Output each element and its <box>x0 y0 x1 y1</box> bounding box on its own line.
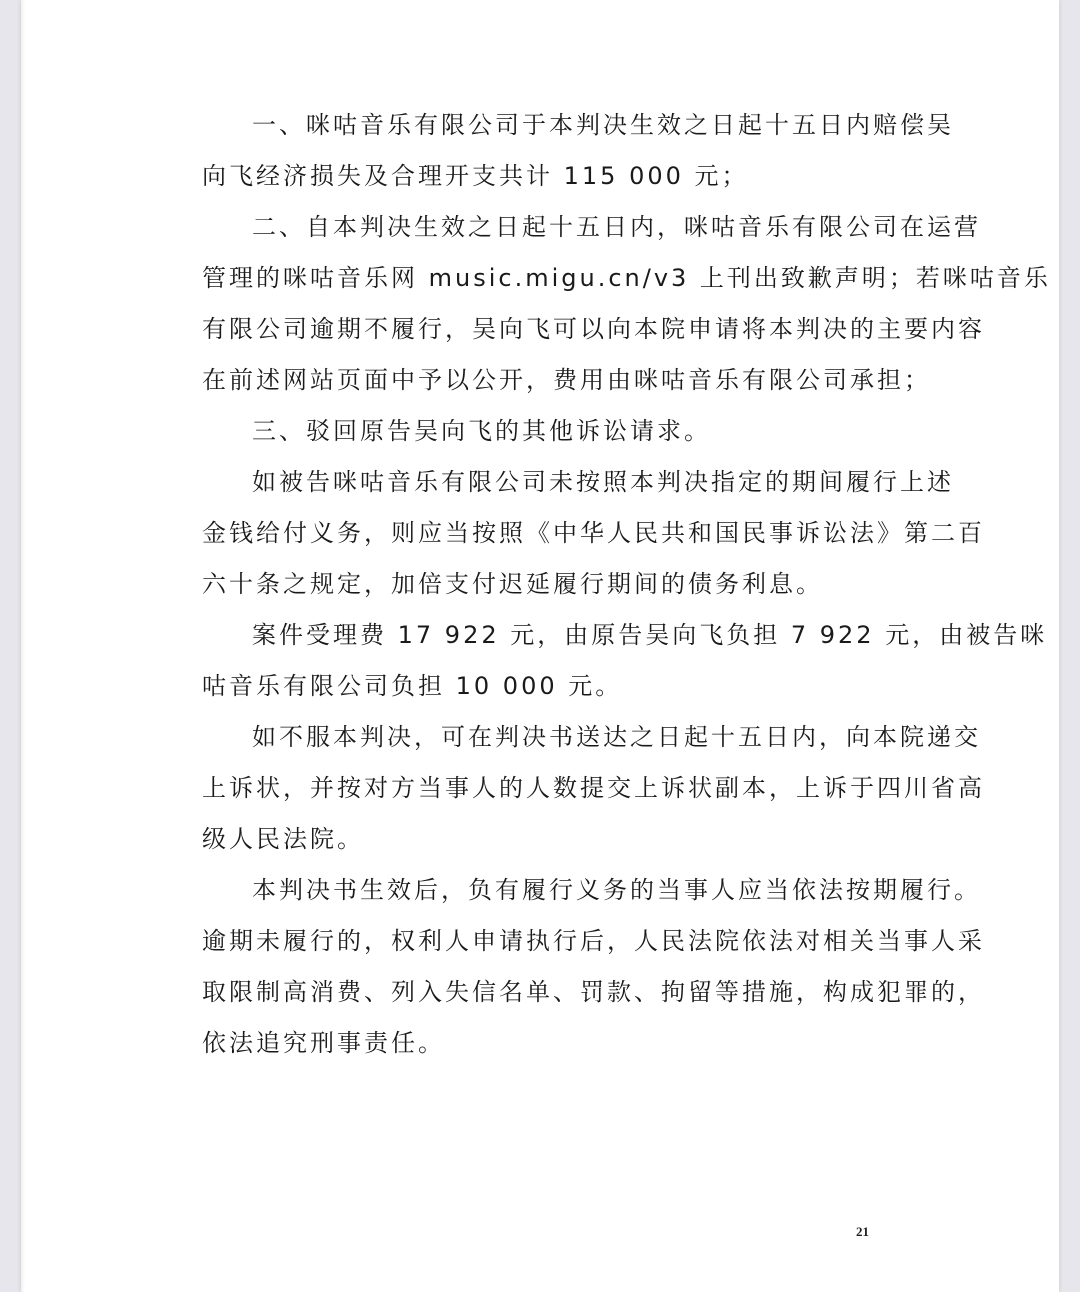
text-line: 金钱给付义务，则应当按照《中华人民共和国民事诉讼法》第二百 <box>202 508 862 559</box>
text-line: 二、自本判决生效之日起十五日内，咪咕音乐有限公司在运营 <box>202 202 862 253</box>
text-line: 逾期未履行的，权利人申请执行后，人民法院依法对相关当事人采 <box>202 916 862 967</box>
paragraph-court-fees: 案件受理费 17 922 元，由原告吴向飞负担 7 922 元，由被告咪 咕音乐… <box>202 610 862 712</box>
text-line: 六十条之规定，加倍支付迟延履行期间的债务利息。 <box>202 559 862 610</box>
text-line: 一、咪咕音乐有限公司于本判决生效之日起十五日内赔偿吴 <box>202 100 862 151</box>
text-line: 向飞经济损失及合理开支共计 115 000 元； <box>202 151 862 202</box>
text-line: 取限制高消费、列入失信名单、罚款、拘留等措施，构成犯罪的， <box>202 967 862 1018</box>
text-line: 上诉状，并按对方当事人的人数提交上诉状副本，上诉于四川省高 <box>202 763 862 814</box>
text-line: 案件受理费 17 922 元，由原告吴向飞负担 7 922 元，由被告咪 <box>202 610 862 661</box>
document-body: 一、咪咕音乐有限公司于本判决生效之日起十五日内赔偿吴 向飞经济损失及合理开支共计… <box>202 100 862 1069</box>
text-line: 如被告咪咕音乐有限公司未按照本判决指定的期间履行上述 <box>202 457 862 508</box>
paragraph-item-2: 二、自本判决生效之日起十五日内，咪咕音乐有限公司在运营 管理的咪咕音乐网 mus… <box>202 202 862 406</box>
page-number: 21 <box>856 1224 869 1240</box>
text-line: 有限公司逾期不履行，吴向飞可以向本院申请将本判决的主要内容 <box>202 304 862 355</box>
text-line: 如不服本判决，可在判决书送达之日起十五日内，向本院递交 <box>202 712 862 763</box>
paragraph-delay-interest: 如被告咪咕音乐有限公司未按照本判决指定的期间履行上述 金钱给付义务，则应当按照《… <box>202 457 862 610</box>
paragraph-enforcement: 本判决书生效后，负有履行义务的当事人应当依法按期履行。 逾期未履行的，权利人申请… <box>202 865 862 1069</box>
paragraph-appeal: 如不服本判决，可在判决书送达之日起十五日内，向本院递交 上诉状，并按对方当事人的… <box>202 712 862 865</box>
text-line: 咕音乐有限公司负担 10 000 元。 <box>202 661 862 712</box>
document-page: 一、咪咕音乐有限公司于本判决生效之日起十五日内赔偿吴 向飞经济损失及合理开支共计… <box>21 0 1059 1292</box>
text-line: 依法追究刑事责任。 <box>202 1018 862 1069</box>
text-line: 在前述网站页面中予以公开，费用由咪咕音乐有限公司承担； <box>202 355 862 406</box>
text-line: 级人民法院。 <box>202 814 862 865</box>
paragraph-item-1: 一、咪咕音乐有限公司于本判决生效之日起十五日内赔偿吴 向飞经济损失及合理开支共计… <box>202 100 862 202</box>
text-line: 本判决书生效后，负有履行义务的当事人应当依法按期履行。 <box>202 865 862 916</box>
text-line: 三、驳回原告吴向飞的其他诉讼请求。 <box>202 406 862 457</box>
paragraph-item-3: 三、驳回原告吴向飞的其他诉讼请求。 <box>202 406 862 457</box>
text-line: 管理的咪咕音乐网 music.migu.cn/v3 上刊出致歉声明；若咪咕音乐 <box>202 253 862 304</box>
